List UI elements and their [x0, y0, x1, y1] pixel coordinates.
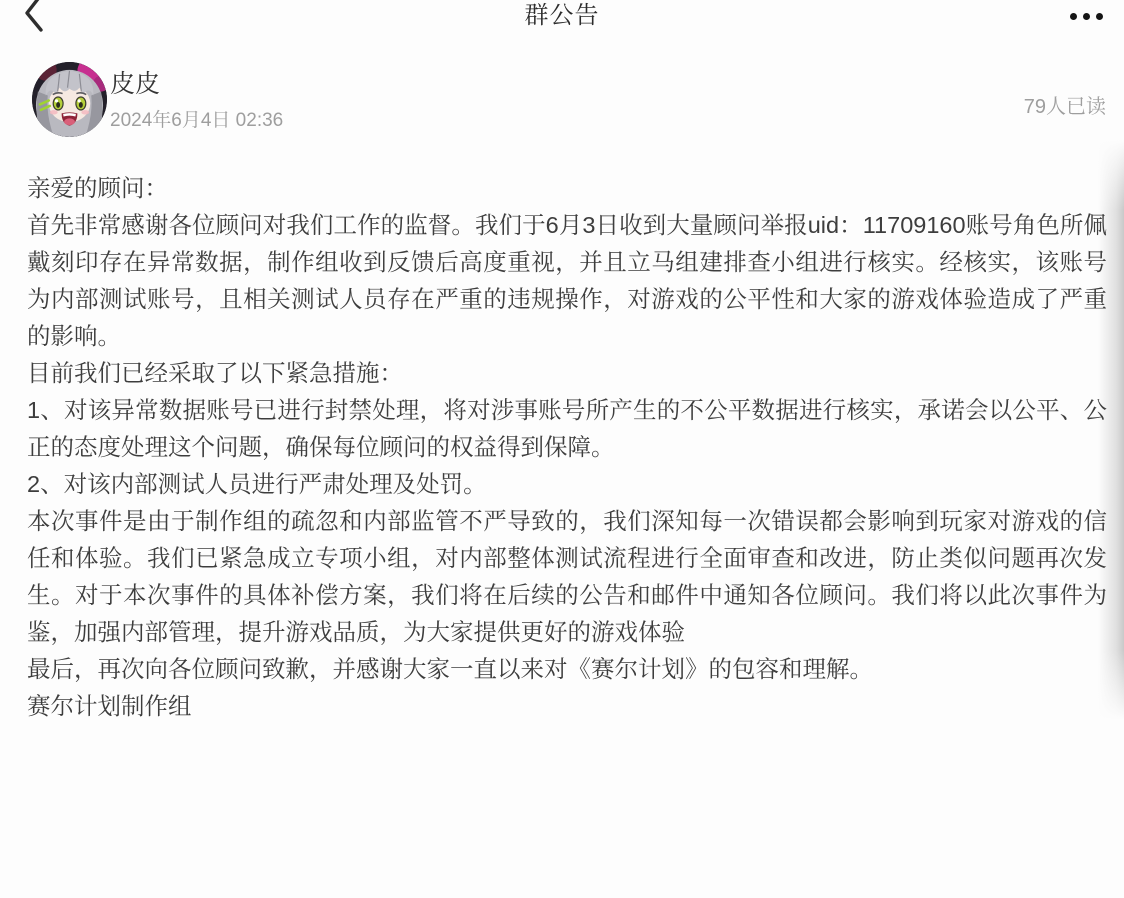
announcement-body-text: 亲爱的顾问： 首先非常感谢各位顾问对我们工作的监督。我们于6月3日收到大量顾问举…	[27, 170, 1107, 725]
group-announcement-page: 群公告	[0, 0, 1124, 898]
page-title: 群公告	[0, 1, 1124, 31]
announcement-datetime: 2024年6月4日 02:36	[110, 109, 283, 133]
author-name: 皮皮	[110, 69, 283, 99]
navbar: 群公告	[0, 0, 1124, 48]
announcement-meta-row: 皮皮 2024年6月4日 02:36 79人已读	[30, 62, 1110, 138]
author-avatar[interactable]	[32, 62, 107, 137]
ellipsis-icon	[1070, 13, 1103, 20]
author-info: 皮皮 2024年6月4日 02:36	[110, 69, 283, 133]
read-count-badge[interactable]: 79人已读	[1024, 94, 1106, 120]
more-button[interactable]	[1068, 9, 1105, 24]
avatar-illustration	[32, 62, 107, 137]
